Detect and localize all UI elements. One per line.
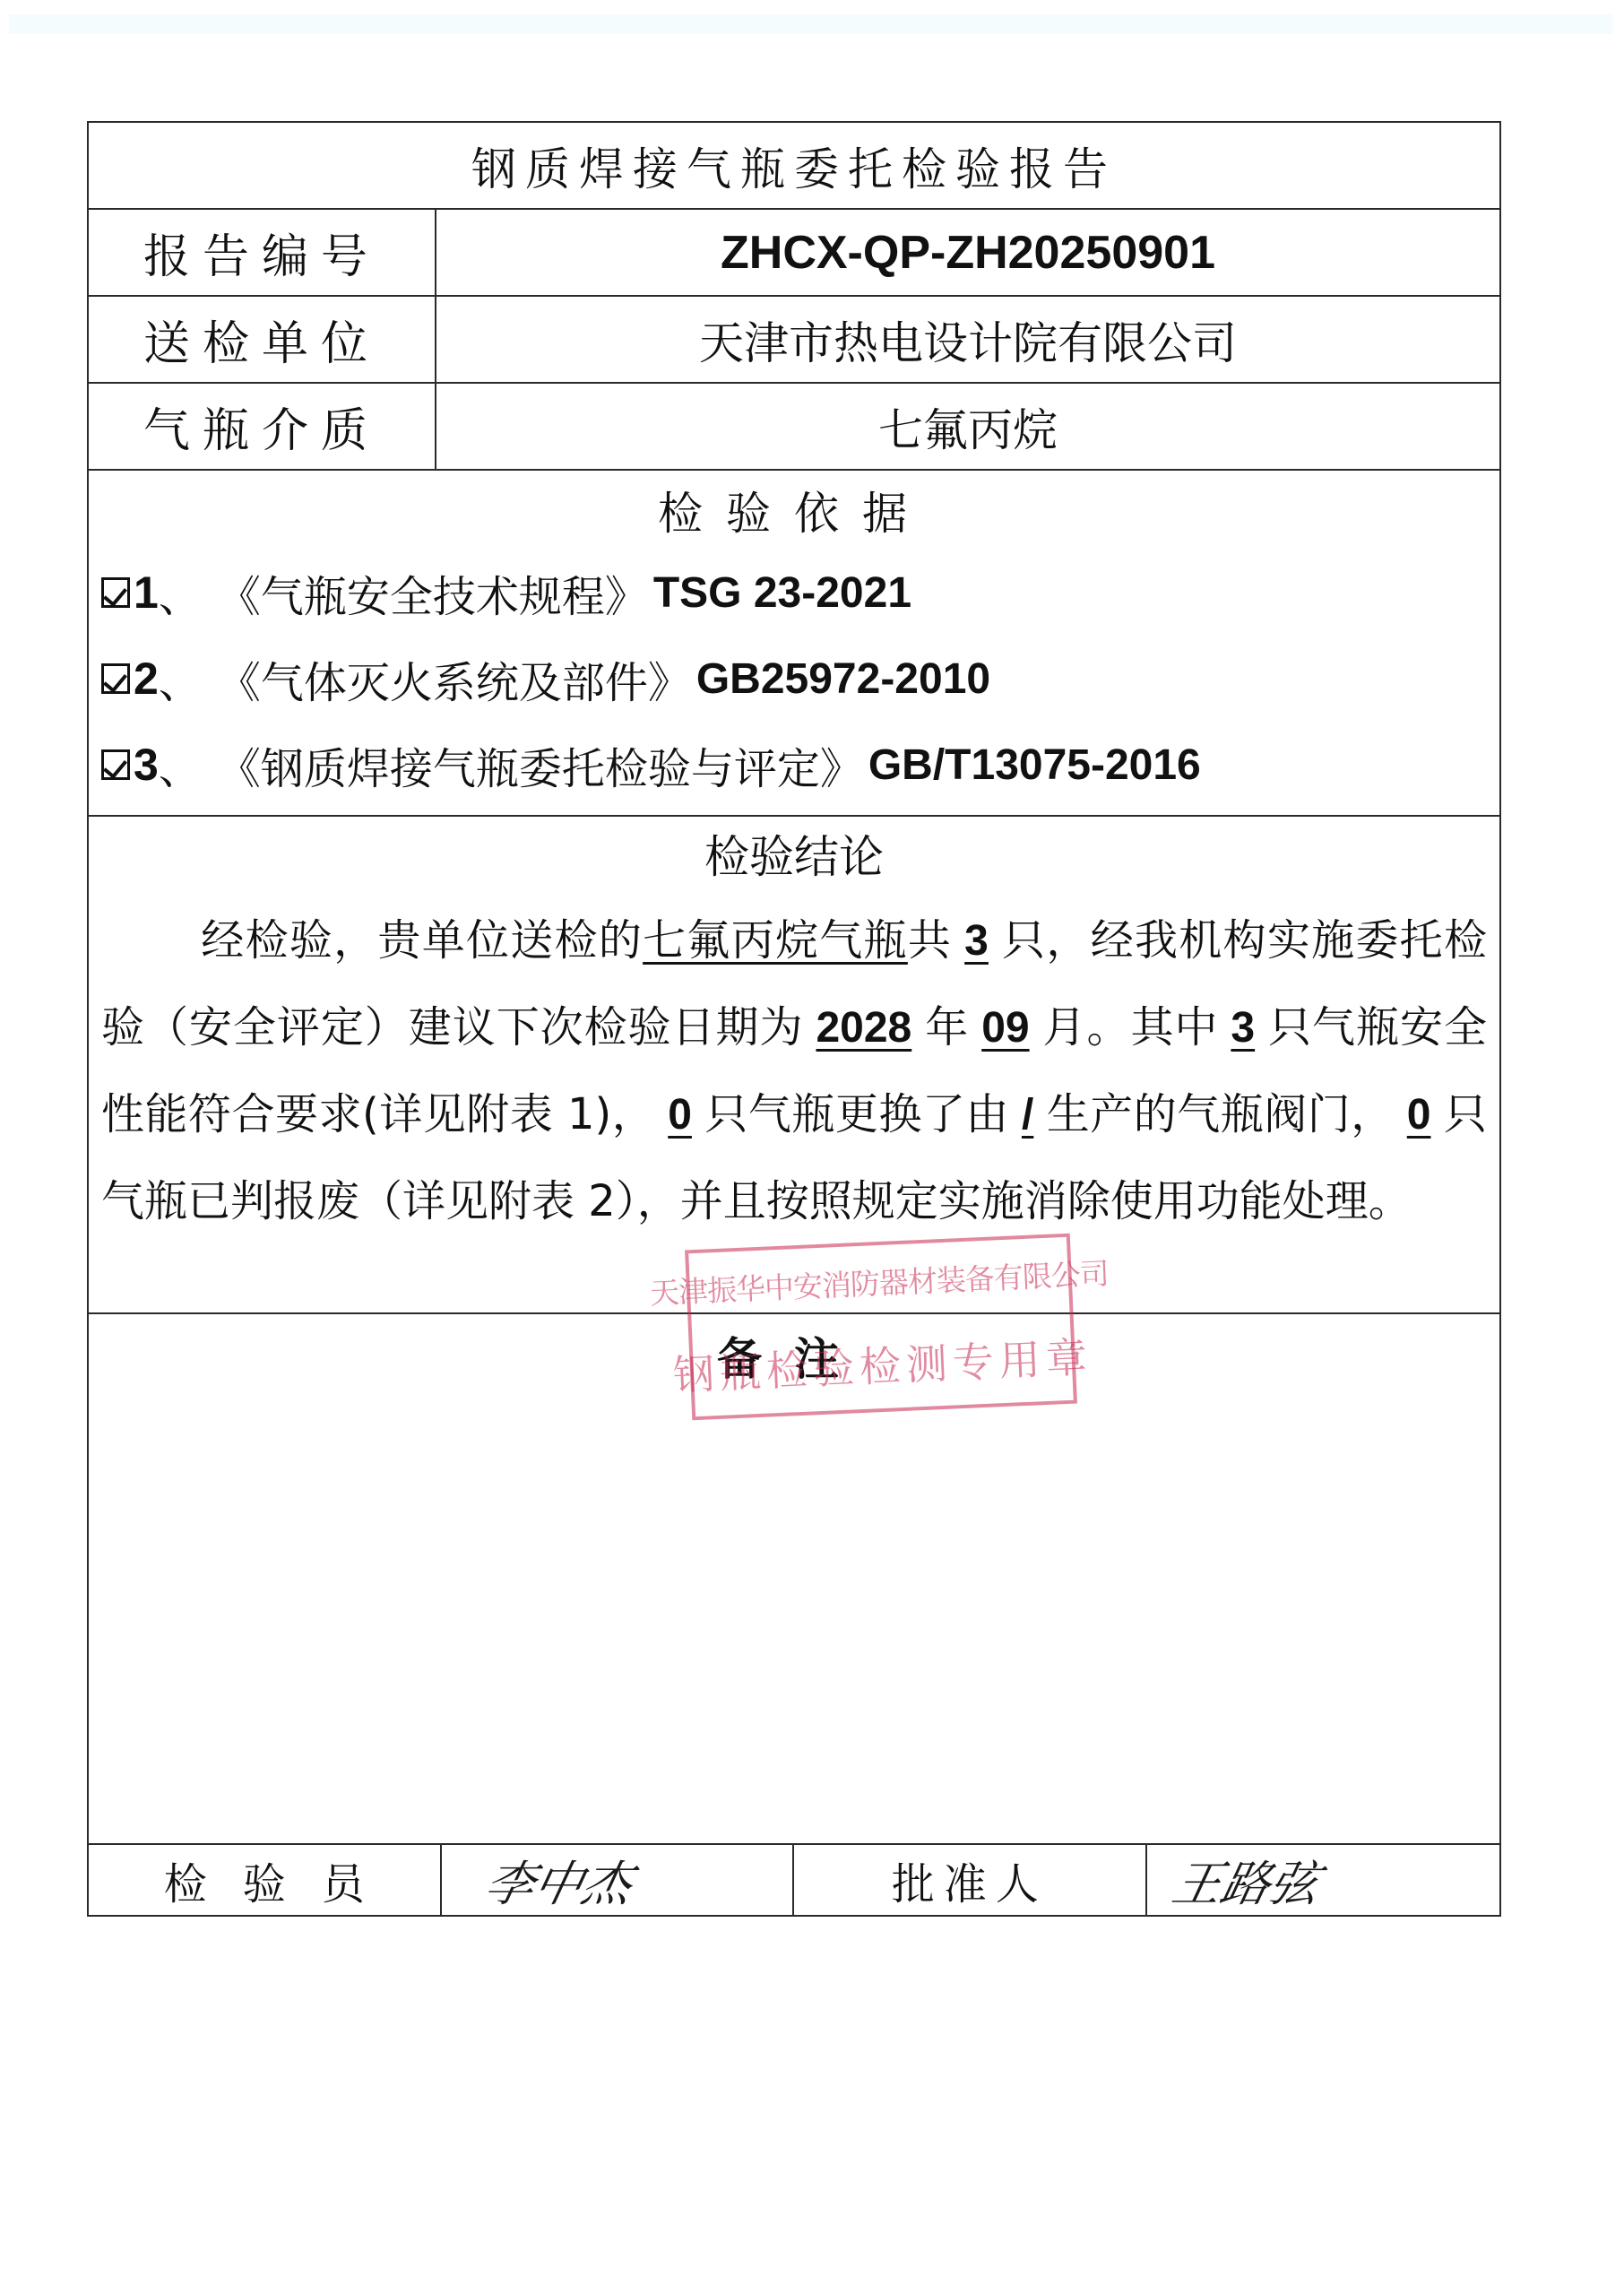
checkbox-checked-icon [101,663,130,694]
checkbox-checked-icon [101,749,130,780]
basis-item-name: 《气瓶安全技术规程》 [218,562,648,624]
approver-label-cell: 批准人 [794,1845,1147,1915]
basis-item-name: 《气体灭火系统及部件》 [218,648,691,710]
valve-maker-fill: / [1009,1091,1046,1139]
remarks-section: 备注 [89,1314,1499,1845]
approver-label: 批准人 [892,1849,1048,1911]
basis-item: 1 、 《气瓶安全技术规程》 TSG 23-2021 [89,550,1499,636]
inspector-label: 检验员 [128,1849,401,1911]
submitting-unit-label: 送检单位 [89,297,436,382]
cylinder-medium-label: 气瓶介质 [89,384,436,469]
conclusion-paragraph: 经检验，贵单位送检的七氟丙烷气瓶共3只，经我机构实施委托检验（安全评定）建议下次… [89,897,1499,1244]
approver-signature: 王路弦 [1166,1846,1326,1915]
basis-item: 2 、 《气体灭火系统及部件》 GB25972-2010 [89,636,1499,722]
inspection-basis-section: 检验依据 1 、 《气瓶安全技术规程》 TSG 23-2021 2 、 《气体灭… [89,471,1499,817]
scrapped-count-fill: 0 [1395,1091,1444,1139]
conclusion-text: 月。其中 [1042,1002,1219,1052]
basis-item-separator: 、 [159,648,202,710]
report-title: 钢质焊接气瓶委托检验报告 [471,134,1117,198]
inspector-label-cell: 检验员 [89,1845,442,1915]
conclusion-text: 共 [908,915,952,966]
valve-replaced-count-fill: 0 [655,1091,704,1139]
signature-row: 检验员 李中杰 批准人 王路弦 [89,1845,1499,1915]
cylinder-medium-value: 七氟丙烷 [436,384,1499,469]
basis-item-separator: 、 [159,562,202,624]
report-number-value: ZHCX-QP-ZH20250901 [436,210,1499,295]
report-number-label: 报告编号 [89,210,436,295]
inspection-report-form: 钢质焊接气瓶委托检验报告 报告编号 ZHCX-QP-ZH20250901 送检单… [87,121,1501,1917]
basis-item: 3 、 《钢质焊接气瓶委托检验与评定》 GB/T13075-2016 [89,722,1499,808]
inspection-conclusion-section: 检验结论 经检验，贵单位送检的七氟丙烷气瓶共3只，经我机构实施委托检验（安全评定… [89,817,1499,1314]
approver-signature-cell: 王路弦 [1147,1845,1500,1915]
basis-item-number: 1 [134,567,159,619]
next-inspection-year-fill: 2028 [803,1004,924,1052]
submitting-unit-row: 送检单位 天津市热电设计院有限公司 [89,297,1499,384]
next-inspection-month-fill: 09 [969,1004,1041,1052]
inspector-signature: 李中杰 [479,1846,638,1915]
conclusion-text: 生产的气瓶阀门， [1046,1089,1394,1139]
basis-item-number: 3 [134,739,159,791]
title-row: 钢质焊接气瓶委托检验报告 [89,123,1499,210]
basis-item-separator: 、 [159,734,202,796]
basis-item-number: 2 [134,653,159,705]
report-number-row: 报告编号 ZHCX-QP-ZH20250901 [89,210,1499,297]
conclusion-text: 年 [924,1002,969,1052]
basis-item-standard: GB/T13075-2016 [868,740,1201,790]
scanner-edge-strip [9,14,1613,34]
remarks-heading: 备注 [89,1314,1499,1395]
inspection-basis-heading: 检验依据 [89,471,1499,550]
cylinder-type-fill: 七氟丙烷气瓶 [643,915,908,966]
checkbox-checked-icon [101,577,130,608]
pass-count-fill: 3 [1218,1004,1267,1052]
cylinder-medium-row: 气瓶介质 七氟丙烷 [89,384,1499,471]
inspection-conclusion-heading: 检验结论 [89,817,1499,897]
basis-item-standard: TSG 23-2021 [653,568,911,618]
conclusion-text: 经检验，贵单位送检的 [200,915,643,966]
total-count-fill: 3 [952,917,1001,965]
basis-item-standard: GB25972-2010 [696,654,990,704]
submitting-unit-value: 天津市热电设计院有限公司 [436,297,1499,382]
inspector-signature-cell: 李中杰 [442,1845,795,1915]
basis-item-name: 《钢质焊接气瓶委托检验与评定》 [218,734,863,796]
conclusion-text: 只气瓶更换了由 [704,1089,1009,1139]
